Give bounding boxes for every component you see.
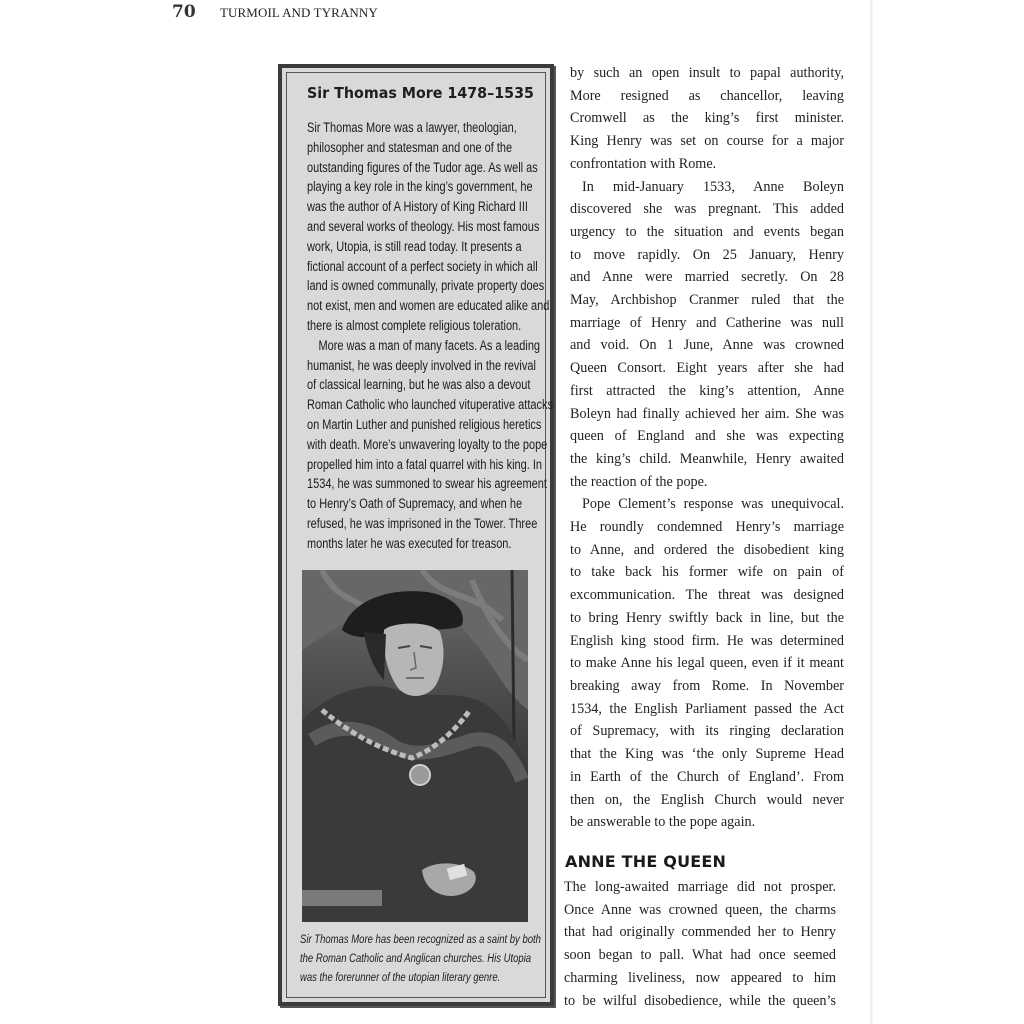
sidebar-line: on Martin Luther and punished religious … <box>307 415 504 435</box>
text-line: In mid-January 1533, Anne Boleyn <box>570 176 844 199</box>
caption-line: Sir Thomas More has been recognized as a… <box>300 930 487 949</box>
text-line: of Supremacy, with its ringing declarati… <box>570 720 844 743</box>
caption-line: the Roman Catholic and Anglican churches… <box>300 949 487 968</box>
text-line: The long-awaited marriage did not prospe… <box>564 876 836 899</box>
portrait-illustration <box>302 570 528 922</box>
sidebar-line: fictional account of a perfect society i… <box>307 257 504 277</box>
text-line: May, Archbishop Cranmer ruled that the <box>570 289 844 312</box>
sidebar-line: of classical learning, but he was also a… <box>307 375 504 395</box>
text-line: marriage of Henry and Catherine was null <box>570 312 844 335</box>
text-line: and void. On 1 June, Anne was crowned <box>570 334 844 357</box>
text-line: first attracted the king’s attention, An… <box>570 380 844 403</box>
section-heading: ANNE THE QUEEN <box>565 852 726 871</box>
page-number: 70 <box>172 2 220 22</box>
sidebar-line: not exist, men and women are educated al… <box>307 296 504 316</box>
text-line: then on, the English Church would never <box>570 789 844 812</box>
text-line: confrontation with Rome. <box>570 153 844 176</box>
text-line: Once Anne was crowned queen, the charms <box>564 899 836 922</box>
sidebar-box: Sir Thomas More 1478–1535 Sir Thomas Mor… <box>278 64 554 1006</box>
caption-line: was the forerunner of the utopian litera… <box>300 968 487 987</box>
text-line: 1534, the English Parliament passed the … <box>570 698 844 721</box>
sidebar-line: 1534, he was summoned to swear his agree… <box>307 474 504 494</box>
sidebar-line: Sir Thomas More was a lawyer, theologian… <box>307 118 504 138</box>
text-line: to take back his former wife on pain of <box>570 561 844 584</box>
sidebar-line: work, Utopia, is still read today. It pr… <box>307 237 504 257</box>
portrait-image <box>302 570 528 922</box>
text-line: to Anne, and ordered the disobedient kin… <box>570 539 844 562</box>
text-line: discovered she was pregnant. This added <box>570 198 844 221</box>
sidebar-line: was the author of A History of King Rich… <box>307 197 504 217</box>
text-line: the reaction of the pope. <box>570 471 844 494</box>
sidebar-line: there is almost complete religious toler… <box>307 316 504 336</box>
text-line: to make Anne his legal queen, even if it… <box>570 652 844 675</box>
sidebar-line: and several works of theology. His most … <box>307 217 504 237</box>
text-line: by such an open insult to papal authorit… <box>570 62 844 85</box>
text-line: the king’s child. Meanwhile, Henry await… <box>570 448 844 471</box>
portrait-caption: Sir Thomas More has been recognized as a… <box>300 930 540 987</box>
main-text-column: by such an open insult to papal authorit… <box>570 62 844 834</box>
text-line: in Earth of the Church of England’. From <box>570 766 844 789</box>
sidebar-line: philosopher and statesman and one of the <box>307 138 504 158</box>
sidebar-line: propelled him into a fatal quarrel with … <box>307 455 504 475</box>
text-line: Boleyn had finally achieved her aim. She… <box>570 403 844 426</box>
sidebar-line: refused, he was imprisoned in the Tower.… <box>307 514 504 534</box>
text-line: urgency to the situation and events bega… <box>570 221 844 244</box>
text-line: be answerable to the pope again. <box>570 811 844 834</box>
text-line: English king stood firm. He was determin… <box>570 630 844 653</box>
text-line: King Henry was set on course for a major <box>570 130 844 153</box>
running-head: 70 TURMOIL AND TYRANNY <box>172 2 378 22</box>
section-text: The long-awaited marriage did not prospe… <box>564 876 836 1012</box>
text-line: charming liveliness, now appeared to him <box>564 967 836 990</box>
text-line: soon began to pall. What had once seemed <box>564 944 836 967</box>
text-line: to move rapidly. On 25 January, Henry <box>570 244 844 267</box>
sidebar-body: Sir Thomas More was a lawyer, theologian… <box>307 118 547 554</box>
text-line: Pope Clement’s response was unequivocal. <box>570 493 844 516</box>
text-line: He roundly condemned Henry’s marriage <box>570 516 844 539</box>
running-title: TURMOIL AND TYRANNY <box>220 5 378 21</box>
text-line: Queen Consort. Eight years after she had <box>570 357 844 380</box>
text-line: that the King was ‘the only Supreme Head <box>570 743 844 766</box>
text-line: Cromwell as the king’s first minister. <box>570 107 844 130</box>
sidebar-line: with death. More’s unwavering loyalty to… <box>307 435 504 455</box>
sidebar-title: Sir Thomas More 1478–1535 <box>307 84 534 102</box>
sidebar-line: humanist, he was deeply involved in the … <box>307 356 504 376</box>
sidebar-line: months later he was executed for treason… <box>307 534 504 554</box>
text-line: excommunication. The threat was designed <box>570 584 844 607</box>
sidebar-line: Roman Catholic who launched vituperative… <box>307 395 504 415</box>
sidebar-line: to Henry’s Oath of Supremacy, and when h… <box>307 494 504 514</box>
text-line: to bring Henry swiftly back in line, but… <box>570 607 844 630</box>
page-edge-shadow <box>870 0 873 1024</box>
text-line: queen of England and she was expecting <box>570 425 844 448</box>
sidebar-line: playing a key role in the king’s governm… <box>307 177 504 197</box>
text-line: More resigned as chancellor, leaving <box>570 85 844 108</box>
text-line: and Anne were married secretly. On 28 <box>570 266 844 289</box>
text-line: that had originally commended her to Hen… <box>564 921 836 944</box>
text-line: to be wilful disobedience, while the que… <box>564 990 836 1013</box>
sidebar-line: land is owned communally, private proper… <box>307 276 504 296</box>
sidebar-line: More was a man of many facets. As a lead… <box>307 336 504 356</box>
sidebar-line: outstanding figures of the Tudor age. As… <box>307 158 504 178</box>
text-line: breaking away from Rome. In November <box>570 675 844 698</box>
